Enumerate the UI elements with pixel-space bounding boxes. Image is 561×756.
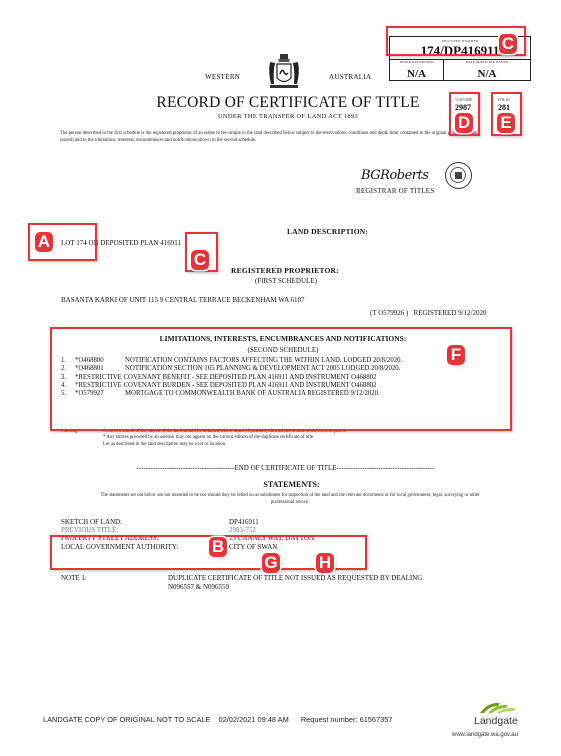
date-duplicate-issued: N/A [444,68,530,80]
first-schedule-label: (FIRST SCHEDULE) [255,277,317,285]
land-description-heading: LAND DESCRIPTION: [287,227,368,236]
annotation-badge-c: C [499,34,517,54]
coat-of-arms-icon [265,52,303,92]
intro-text: The person described in the first schedu… [60,131,480,144]
note-text: DUPLICATE CERTIFICATE OF TITLE NOT ISSUE… [168,574,508,583]
statement-row: PREVIOUS TITLE: 2983-752 [61,526,316,534]
end-of-certificate: ----------------------------------------… [0,464,561,472]
duplicate-edition-label: DUPLICATE EDITION [390,61,443,65]
footer-request-number: Request number: 61567357 [301,715,393,724]
landgate-url[interactable]: www.landgate.wa.gov.au [452,732,518,738]
annotation-badge-a: A [35,232,53,252]
annotation-box-f-limitations [50,327,512,431]
registered-proprietor-heading: REGISTERED PROPRIETOR: [231,266,339,275]
proprietor-name-address: BASANTA KARKI OF UNIT 115 9 CENTRAL TERR… [61,296,305,304]
note-dealings: N096557 & N096559 [168,583,508,592]
registrar-signature: BGRoberts [361,168,428,183]
footer-datetime: 02/02/2021 09:48 AM [219,715,289,724]
warning-line: Lot as described in the land description… [103,442,503,448]
state-label-australia: AUSTRALIA [329,73,371,81]
date-duplicate-issued-label: DATE DUPLICATE ISSUED [444,61,530,65]
annotation-badge-c2: C [191,250,209,270]
registrar-title: REGISTRAR OF TITLES [356,187,434,195]
landgate-logo-icon [478,700,518,714]
duplicate-edition: N/A [390,68,443,80]
annotation-badge-f: F [447,345,465,365]
statement-row: SKETCH OF LAND: DP416911 [61,518,316,526]
annotation-badge-d: D [455,113,473,133]
note-label: NOTE 1: [61,574,181,583]
footer-line: LANDGATE COPY OF ORIGINAL NOT TO SCALE 0… [43,715,392,724]
statements-heading: STATEMENTS: [0,480,561,489]
annotation-badge-g: G [262,553,280,573]
footer-copy-text: LANDGATE COPY OF ORIGINAL NOT TO SCALE [43,715,210,724]
registrar-seal-icon [445,162,472,189]
landgate-brand: Landgate [474,715,518,727]
annotation-badge-b: B [209,537,227,557]
proprietor-registration: (T O579926 ) REGISTERED 9/12/2020 [370,309,487,317]
state-label-western: WESTERN [205,73,240,81]
annotation-badge-e: E [497,113,515,133]
statements-text: The statements set out below are not int… [100,493,480,506]
annotation-badge-h: H [316,553,334,573]
